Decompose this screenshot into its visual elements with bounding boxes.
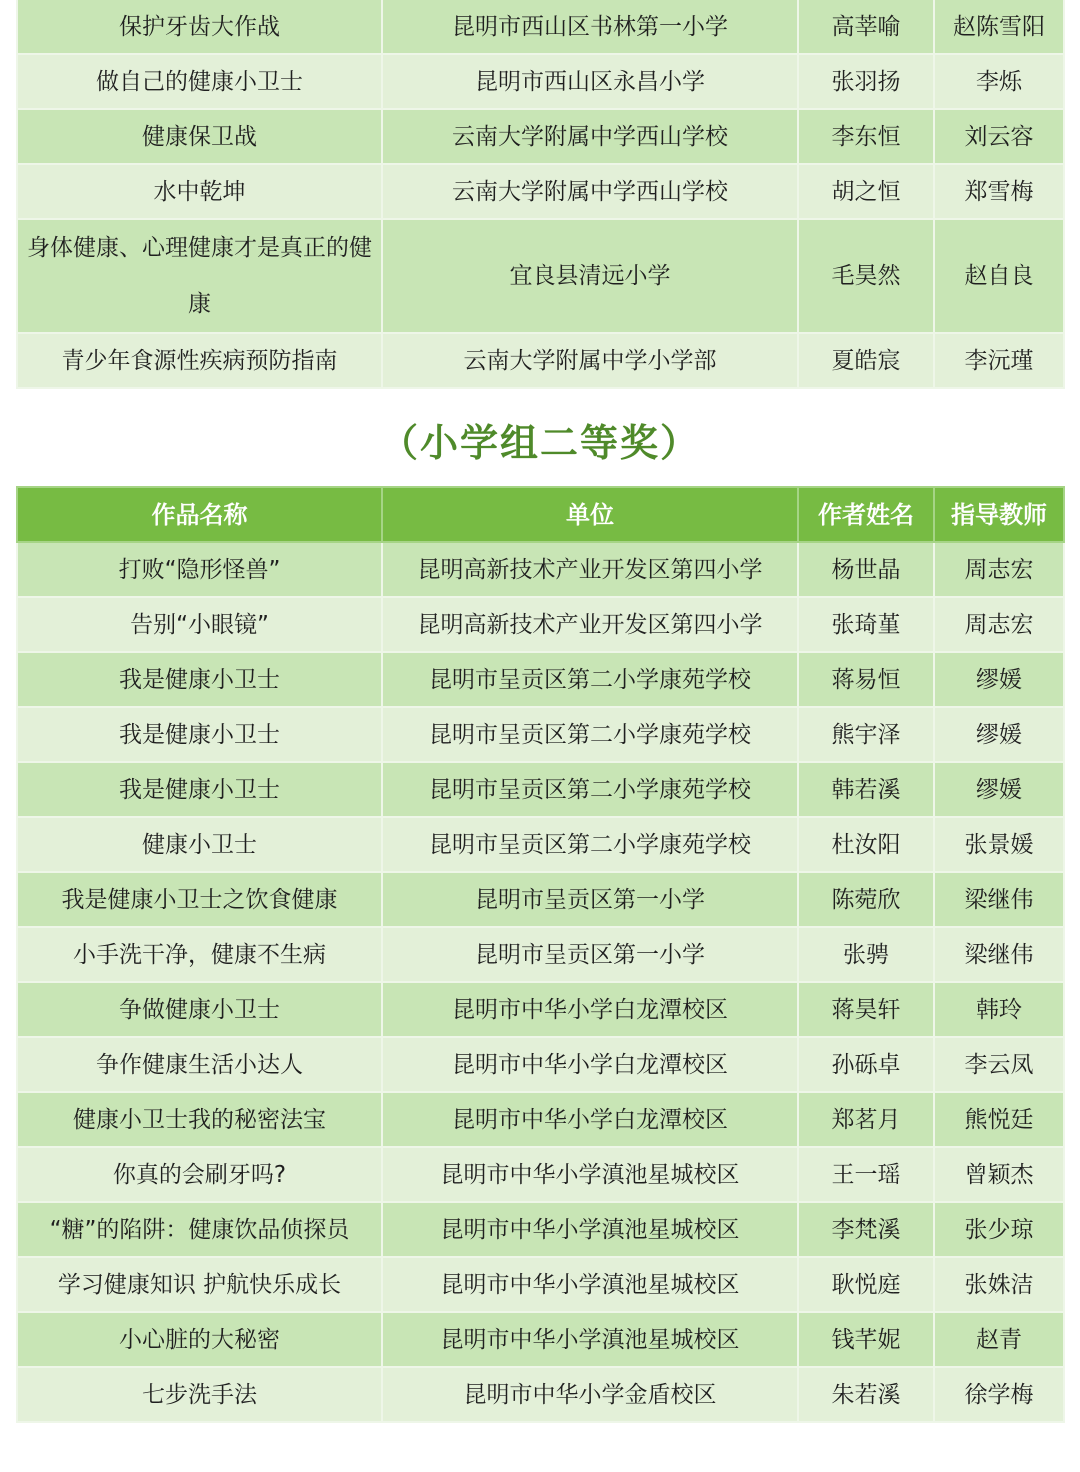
cell-teacher: 曾颖杰 bbox=[934, 1147, 1064, 1202]
cell-title: 健康保卫战 bbox=[17, 109, 382, 164]
cell-teacher: 缪媛 bbox=[934, 652, 1064, 707]
cell-unit: 昆明市西山区永昌小学 bbox=[382, 54, 798, 109]
cell-title: 我是健康小卫士 bbox=[17, 762, 382, 817]
cell-author: 郑茗月 bbox=[798, 1092, 934, 1147]
cell-teacher: 赵青 bbox=[934, 1312, 1064, 1367]
cell-title: 争做健康小卫士 bbox=[17, 982, 382, 1037]
table-row: “糖”的陷阱：健康饮品侦探员昆明市中华小学滇池星城校区李梵溪张少琼 bbox=[17, 1202, 1064, 1257]
cell-unit: 昆明市中华小学白龙潭校区 bbox=[382, 1092, 798, 1147]
cell-author: 高莘喻 bbox=[798, 0, 934, 54]
cell-teacher: 周志宏 bbox=[934, 597, 1064, 652]
awards-table-continued: 保护牙齿大作战昆明市西山区书林第一小学高莘喻赵陈雪阳做自己的健康小卫士昆明市西山… bbox=[16, 0, 1065, 389]
cell-unit: 昆明市中华小学金盾校区 bbox=[382, 1367, 798, 1422]
cell-title: 我是健康小卫士 bbox=[17, 652, 382, 707]
table-row: 健康小卫士昆明市呈贡区第二小学康苑学校杜汝阳张景媛 bbox=[17, 817, 1064, 872]
cell-unit: 宜良县清远小学 bbox=[382, 219, 798, 333]
table-row: 争作健康生活小达人昆明市中华小学白龙潭校区孙砾卓李云凤 bbox=[17, 1037, 1064, 1092]
cell-teacher: 张少琼 bbox=[934, 1202, 1064, 1257]
cell-unit: 云南大学附属中学西山学校 bbox=[382, 109, 798, 164]
table-row: 青少年食源性疾病预防指南云南大学附属中学小学部夏皓宸李沅瑾 bbox=[17, 333, 1064, 388]
cell-title: 学习健康知识 护航快乐成长 bbox=[17, 1257, 382, 1312]
table-row: 小心脏的大秘密昆明市中华小学滇池星城校区钱芊妮赵青 bbox=[17, 1312, 1064, 1367]
cell-title: 争作健康生活小达人 bbox=[17, 1037, 382, 1092]
table-row: 小手洗干净，健康不生病昆明市呈贡区第一小学张骋梁继伟 bbox=[17, 927, 1064, 982]
cell-title: 水中乾坤 bbox=[17, 164, 382, 219]
cell-unit: 昆明市西山区书林第一小学 bbox=[382, 0, 798, 54]
table-row: 学习健康知识 护航快乐成长昆明市中华小学滇池星城校区耿悦庭张姝洁 bbox=[17, 1257, 1064, 1312]
cell-unit: 昆明市呈贡区第二小学康苑学校 bbox=[382, 817, 798, 872]
cell-teacher: 赵陈雪阳 bbox=[934, 0, 1064, 54]
cell-author: 耿悦庭 bbox=[798, 1257, 934, 1312]
cell-teacher: 张姝洁 bbox=[934, 1257, 1064, 1312]
cell-title: 小手洗干净，健康不生病 bbox=[17, 927, 382, 982]
cell-author: 王一瑶 bbox=[798, 1147, 934, 1202]
cell-unit: 昆明市中华小学滇池星城校区 bbox=[382, 1202, 798, 1257]
cell-author: 杜汝阳 bbox=[798, 817, 934, 872]
cell-title: 青少年食源性疾病预防指南 bbox=[17, 333, 382, 388]
cell-author: 杨世晶 bbox=[798, 542, 934, 597]
cell-title: 打败“隐形怪兽” bbox=[17, 542, 382, 597]
second-prize-table: 作品名称 单位 作者姓名 指导教师 打败“隐形怪兽”昆明高新技术产业开发区第四小… bbox=[16, 486, 1065, 1423]
cell-title: 你真的会刷牙吗? bbox=[17, 1147, 382, 1202]
cell-title: 我是健康小卫士 bbox=[17, 707, 382, 762]
cell-author: 熊宇泽 bbox=[798, 707, 934, 762]
cell-teacher: 梁继伟 bbox=[934, 927, 1064, 982]
section-title-second-prize: （小学组二等奖） bbox=[0, 412, 1080, 467]
cell-title: 小心脏的大秘密 bbox=[17, 1312, 382, 1367]
cell-teacher: 李云凤 bbox=[934, 1037, 1064, 1092]
table-row: 做自己的健康小卫士昆明市西山区永昌小学张羽扬李烁 bbox=[17, 54, 1064, 109]
cell-title: “糖”的陷阱：健康饮品侦探员 bbox=[17, 1202, 382, 1257]
cell-title: 告别“小眼镜” bbox=[17, 597, 382, 652]
cell-unit: 昆明市呈贡区第一小学 bbox=[382, 927, 798, 982]
cell-unit: 昆明高新技术产业开发区第四小学 bbox=[382, 542, 798, 597]
cell-author: 蒋易恒 bbox=[798, 652, 934, 707]
cell-teacher: 李沅瑾 bbox=[934, 333, 1064, 388]
cell-unit: 昆明市呈贡区第二小学康苑学校 bbox=[382, 707, 798, 762]
cell-title: 做自己的健康小卫士 bbox=[17, 54, 382, 109]
cell-teacher: 李烁 bbox=[934, 54, 1064, 109]
cell-teacher: 徐学梅 bbox=[934, 1367, 1064, 1422]
cell-title: 身体健康、心理健康才是真正的健康 bbox=[17, 219, 382, 333]
cell-teacher: 缪媛 bbox=[934, 762, 1064, 817]
cell-teacher: 周志宏 bbox=[934, 542, 1064, 597]
table-row: 争做健康小卫士昆明市中华小学白龙潭校区蒋昊轩韩玲 bbox=[17, 982, 1064, 1037]
cell-unit: 昆明市中华小学滇池星城校区 bbox=[382, 1147, 798, 1202]
cell-unit: 昆明市中华小学白龙潭校区 bbox=[382, 1037, 798, 1092]
cell-unit: 昆明高新技术产业开发区第四小学 bbox=[382, 597, 798, 652]
header-author: 作者姓名 bbox=[798, 487, 934, 542]
cell-author: 韩若溪 bbox=[798, 762, 934, 817]
cell-unit: 昆明市中华小学滇池星城校区 bbox=[382, 1312, 798, 1367]
cell-author: 蒋昊轩 bbox=[798, 982, 934, 1037]
cell-title: 保护牙齿大作战 bbox=[17, 0, 382, 54]
table-row: 保护牙齿大作战昆明市西山区书林第一小学高莘喻赵陈雪阳 bbox=[17, 0, 1064, 54]
cell-author: 胡之恒 bbox=[798, 164, 934, 219]
table-row: 我是健康小卫士昆明市呈贡区第二小学康苑学校蒋易恒缪媛 bbox=[17, 652, 1064, 707]
cell-author: 钱芊妮 bbox=[798, 1312, 934, 1367]
cell-unit: 昆明市呈贡区第二小学康苑学校 bbox=[382, 762, 798, 817]
table-row: 健康保卫战云南大学附属中学西山学校李东恒刘云容 bbox=[17, 109, 1064, 164]
cell-teacher: 郑雪梅 bbox=[934, 164, 1064, 219]
table-row: 七步洗手法昆明市中华小学金盾校区朱若溪徐学梅 bbox=[17, 1367, 1064, 1422]
cell-title: 七步洗手法 bbox=[17, 1367, 382, 1422]
cell-author: 张羽扬 bbox=[798, 54, 934, 109]
cell-teacher: 梁继伟 bbox=[934, 872, 1064, 927]
table-row: 打败“隐形怪兽”昆明高新技术产业开发区第四小学杨世晶周志宏 bbox=[17, 542, 1064, 597]
table-row: 我是健康小卫士昆明市呈贡区第二小学康苑学校熊宇泽缪媛 bbox=[17, 707, 1064, 762]
cell-teacher: 熊悦廷 bbox=[934, 1092, 1064, 1147]
cell-author: 李梵溪 bbox=[798, 1202, 934, 1257]
cell-unit: 云南大学附属中学西山学校 bbox=[382, 164, 798, 219]
table-row: 你真的会刷牙吗?昆明市中华小学滇池星城校区王一瑶曾颖杰 bbox=[17, 1147, 1064, 1202]
cell-unit: 昆明市中华小学白龙潭校区 bbox=[382, 982, 798, 1037]
cell-unit: 昆明市呈贡区第二小学康苑学校 bbox=[382, 652, 798, 707]
cell-author: 朱若溪 bbox=[798, 1367, 934, 1422]
cell-teacher: 张景媛 bbox=[934, 817, 1064, 872]
table-row: 我是健康小卫士昆明市呈贡区第二小学康苑学校韩若溪缪媛 bbox=[17, 762, 1064, 817]
table-row: 身体健康、心理健康才是真正的健康宜良县清远小学毛昊然赵自良 bbox=[17, 219, 1064, 333]
cell-author: 张骋 bbox=[798, 927, 934, 982]
table-row: 我是健康小卫士之饮食健康昆明市呈贡区第一小学陈菀欣梁继伟 bbox=[17, 872, 1064, 927]
cell-title: 健康小卫士我的秘密法宝 bbox=[17, 1092, 382, 1147]
header-unit: 单位 bbox=[382, 487, 798, 542]
cell-unit: 昆明市中华小学滇池星城校区 bbox=[382, 1257, 798, 1312]
table-row: 告别“小眼镜”昆明高新技术产业开发区第四小学张琦堇周志宏 bbox=[17, 597, 1064, 652]
header-title: 作品名称 bbox=[17, 487, 382, 542]
cell-author: 毛昊然 bbox=[798, 219, 934, 333]
cell-unit: 云南大学附属中学小学部 bbox=[382, 333, 798, 388]
table-row: 水中乾坤云南大学附属中学西山学校胡之恒郑雪梅 bbox=[17, 164, 1064, 219]
cell-title: 健康小卫士 bbox=[17, 817, 382, 872]
cell-author: 李东恒 bbox=[798, 109, 934, 164]
table-row: 健康小卫士我的秘密法宝昆明市中华小学白龙潭校区郑茗月熊悦廷 bbox=[17, 1092, 1064, 1147]
cell-unit: 昆明市呈贡区第一小学 bbox=[382, 872, 798, 927]
cell-author: 夏皓宸 bbox=[798, 333, 934, 388]
cell-teacher: 赵自良 bbox=[934, 219, 1064, 333]
header-teacher: 指导教师 bbox=[934, 487, 1064, 542]
cell-teacher: 韩玲 bbox=[934, 982, 1064, 1037]
table-header-row: 作品名称 单位 作者姓名 指导教师 bbox=[17, 487, 1064, 542]
cell-title: 我是健康小卫士之饮食健康 bbox=[17, 872, 382, 927]
cell-author: 孙砾卓 bbox=[798, 1037, 934, 1092]
cell-author: 陈菀欣 bbox=[798, 872, 934, 927]
cell-teacher: 缪媛 bbox=[934, 707, 1064, 762]
cell-teacher: 刘云容 bbox=[934, 109, 1064, 164]
cell-author: 张琦堇 bbox=[798, 597, 934, 652]
